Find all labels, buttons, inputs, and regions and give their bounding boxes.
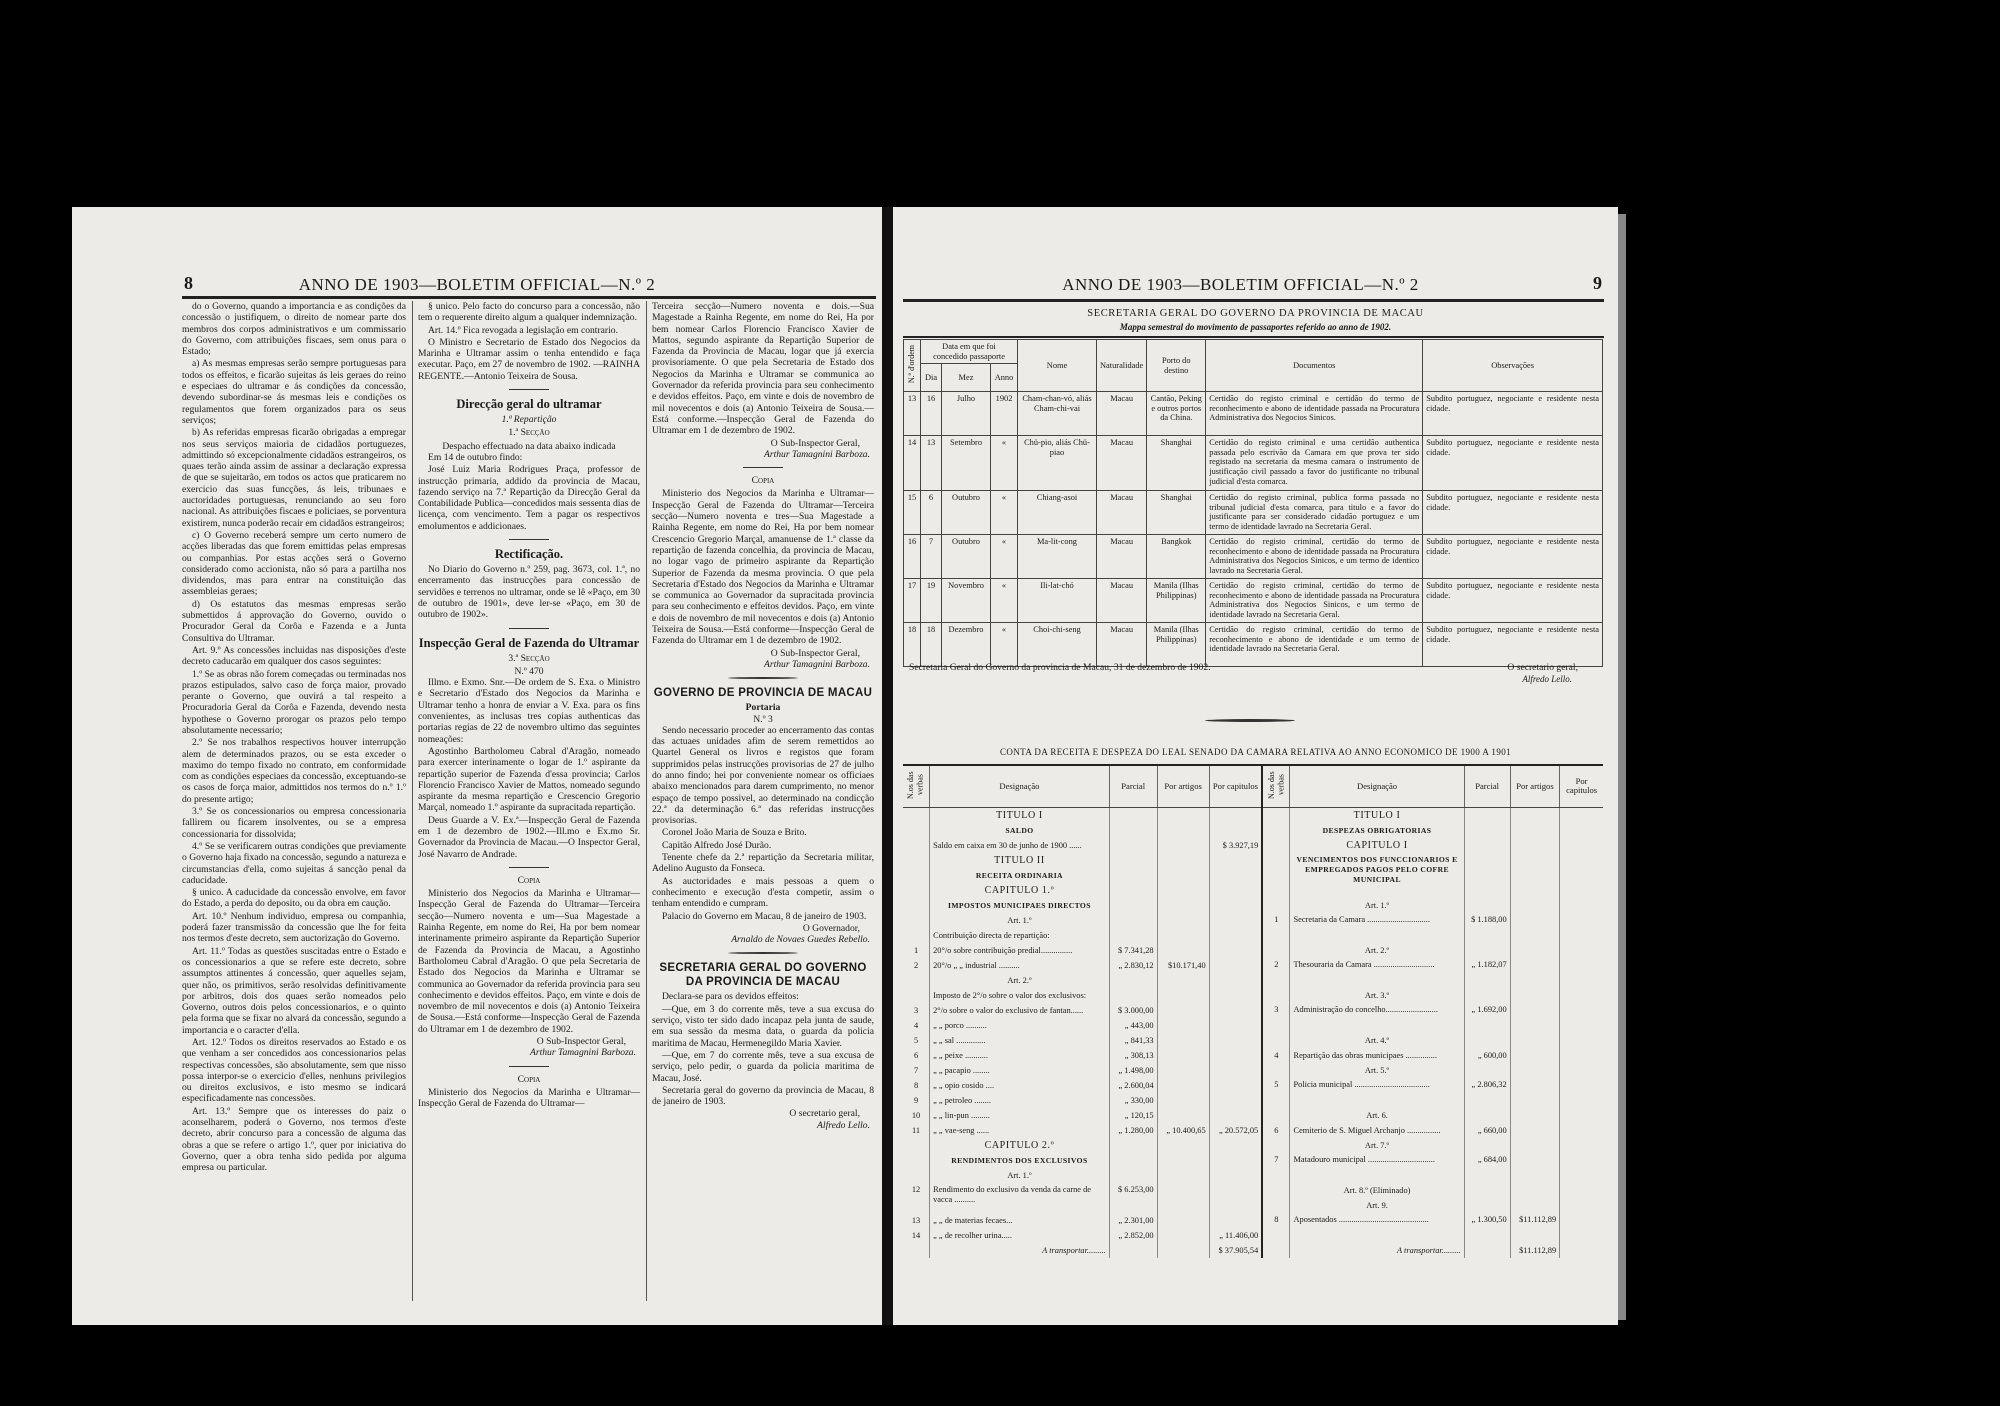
column-3: Terceira secção—Numero noventa e dois.—S…	[652, 301, 874, 1131]
item-designation: Thesouraria da Camara ..................…	[1293, 958, 1460, 988]
item-by-article	[1161, 1063, 1206, 1078]
transport-by-chapter	[1213, 1153, 1259, 1168]
item-designation: Cemiterio de S. Miguel Archanjo ........…	[1293, 1123, 1460, 1138]
item-number: 2	[906, 958, 926, 973]
cell-documents: Certidão do registo criminal, certidão d…	[1206, 623, 1423, 667]
cell-destination: Bangkok	[1147, 535, 1206, 579]
paragraph: 4.º Se se verificarem outras condições q…	[182, 841, 406, 886]
paragraph: Art. 9.º As concessões incluidas nas dis…	[182, 645, 406, 668]
paragraph: Terceira secção—Numero noventa e dois.—S…	[652, 301, 874, 437]
spacer	[906, 1243, 926, 1258]
header-date-group: Data em que foi concedido passaporte	[921, 340, 1018, 364]
cell-name: Cham-chan-vó, aliás Cham-chi-vai	[1018, 392, 1097, 436]
item-by-article: „ 10.400,65	[1161, 1123, 1206, 1138]
section-divider	[509, 628, 549, 629]
item-designation: Rendimento do exclusivo da venda da carn…	[933, 1183, 1106, 1213]
transport-by-article	[1514, 1063, 1557, 1078]
transport-by-chapter: $ 37.905,54	[1213, 1243, 1259, 1258]
transport-by-chapter	[1563, 943, 1600, 958]
transport-by-chapter	[1213, 913, 1259, 928]
item-number: 7	[906, 1063, 926, 1078]
signature-title: O Governador,	[652, 923, 874, 934]
item-number: 9	[906, 1093, 926, 1108]
item-designation: Matadouro municipal ....................…	[1293, 1153, 1460, 1183]
section-label: TITULO I	[933, 808, 1106, 823]
cell-month: Setembro	[942, 436, 991, 491]
section-label: Art. 4.º	[1293, 1033, 1460, 1048]
item-number: 8	[1266, 1213, 1286, 1243]
cell-notes: Subdito portuguez, negociante e resident…	[1423, 535, 1603, 579]
item-number: 2	[1266, 958, 1286, 988]
item-partial: „ 1.300,50	[1468, 1213, 1507, 1243]
cell-nationality: Macau	[1097, 491, 1147, 535]
spacer	[1113, 823, 1154, 838]
section-label: Art. 1.º	[1293, 898, 1460, 913]
item-designation: 2°/o sobre o valor do exclusivo de fanta…	[933, 1003, 1106, 1018]
cell-notes: Subdito portuguez, negociante e resident…	[1423, 579, 1603, 623]
item-partial	[1113, 838, 1154, 853]
transport-by-article	[1161, 1153, 1206, 1168]
item-by-chapter	[1213, 1018, 1259, 1033]
spacer	[1266, 943, 1286, 958]
cell-day: 16	[921, 392, 942, 436]
cell-destination: Cantão, Peking e outros portos da China.	[1147, 392, 1206, 436]
header-order: N.º d'ordem	[904, 340, 921, 392]
cell-order: 15	[904, 491, 921, 535]
spacer	[1266, 898, 1286, 913]
item-designation: „ „ sal ..............	[933, 1033, 1106, 1048]
cell-year: 1902	[991, 392, 1018, 436]
paragraph: José Luiz Maria Rodrigues Praça, profess…	[418, 464, 640, 532]
spacer	[906, 1153, 926, 1168]
header-partial: Parcial	[1464, 765, 1510, 807]
spacer	[1468, 1033, 1507, 1048]
subsection-label: Copia	[418, 875, 640, 886]
section-heading: GOVERNO DE PROVINCIA DE MACAU	[652, 686, 874, 700]
item-partial: „ 600,00	[1468, 1048, 1507, 1063]
section-label: Art. 6.	[1293, 1108, 1460, 1123]
item-designation: „ „ de recolher urina.....	[933, 1228, 1106, 1243]
passport-map-subtitle: Mappa semestral do movimento de passapor…	[893, 322, 1618, 332]
spacer	[906, 883, 926, 898]
item-designation: „ „ porco ..........	[933, 1018, 1106, 1033]
spacer	[1266, 838, 1286, 853]
transport-by-chapter	[1563, 988, 1600, 1003]
transport-by-article	[1514, 898, 1557, 913]
item-designation: 20°/o sobre contribuição predial........…	[933, 943, 1106, 958]
section-label: IMPOSTOS MUNICIPAES DIRECTOS	[933, 898, 1106, 913]
item-by-article: $11.112,89	[1514, 1213, 1557, 1243]
accounts-title: CONTA DA RECEITA E DESPEZA DO LEAL SENAD…	[893, 747, 1618, 757]
cell-documents: Certidão do registo criminal, certidão d…	[1206, 579, 1423, 623]
cell-name: Choi-chi-seng	[1018, 623, 1097, 667]
item-designation: „ „ peixe ...........	[933, 1048, 1106, 1063]
item-partial: „ 1.280,00	[1113, 1123, 1154, 1138]
item-by-chapter	[1213, 1033, 1259, 1048]
paragraph: 3.º Se os concessionarios ou empresa con…	[182, 806, 406, 840]
signature-name: Alfredo Lello.	[652, 1120, 874, 1131]
cell-nationality: Macau	[1097, 535, 1147, 579]
spacer	[1113, 868, 1154, 883]
spacer	[906, 823, 926, 838]
section-heading: Rectificação.	[418, 547, 640, 562]
cell-year: «	[991, 535, 1018, 579]
item-by-article	[1161, 1093, 1206, 1108]
centered-label: Portaria	[652, 702, 874, 713]
cell-month: Outubro	[942, 535, 991, 579]
header-notes: Observações	[1423, 340, 1603, 392]
spacer	[1113, 853, 1154, 868]
item-number: 3	[1266, 1003, 1286, 1033]
item-by-chapter: „ 20.572,05	[1213, 1123, 1259, 1138]
signature-name: Arnaldo de Novaes Guedes Rebello.	[652, 934, 874, 945]
section-divider	[743, 467, 783, 468]
item-by-chapter	[1213, 1063, 1259, 1078]
item-partial: „ 1.692,00	[1468, 1003, 1507, 1033]
transport-by-article: $11.112,89	[1514, 1243, 1557, 1258]
paragraph: § unico. A caducidade da concessão envol…	[182, 887, 406, 910]
item-by-chapter	[1563, 1003, 1600, 1033]
item-designation: Contribuição directa de repartição:	[933, 928, 1106, 943]
paragraph: Illmo. e Exmo. Snr.—De ordem de S. Exa. …	[418, 677, 640, 745]
transport-label: A transportar.........	[933, 1243, 1106, 1258]
cell-month: Novembro	[942, 579, 991, 623]
signature-title: O Sub-Inspector Geral,	[652, 438, 874, 449]
spacer	[906, 808, 926, 823]
section-divider	[509, 389, 549, 390]
spacer	[1468, 898, 1507, 913]
page-number-right: 9	[1593, 273, 1602, 294]
paragraph: Art. 13.º Sempre que os interesses do pa…	[182, 1106, 406, 1174]
transport-by-chapter	[1563, 1183, 1600, 1198]
transport-by-chapter	[1213, 1168, 1259, 1183]
transport-by-chapter	[1563, 838, 1600, 853]
section-label: Art. 5.º	[1293, 1063, 1460, 1078]
item-partial: „ 1.498,00	[1113, 1063, 1154, 1078]
item-number	[906, 928, 926, 943]
transport-by-chapter	[1213, 823, 1259, 838]
header-partial: Parcial	[1109, 765, 1157, 807]
item-by-chapter	[1213, 988, 1259, 1003]
item-by-article	[1161, 1018, 1206, 1033]
section-label: TITULO II	[933, 853, 1106, 868]
transport-by-chapter	[1563, 1063, 1600, 1078]
spacer	[1468, 1183, 1507, 1198]
spacer	[1468, 823, 1507, 838]
paragraph: d) Os estatutos das mesmas empresas serã…	[182, 599, 406, 644]
transport-by-chapter	[1213, 1138, 1259, 1153]
item-designation: Administração do concelho...............…	[1293, 1003, 1460, 1033]
item-by-article	[1161, 943, 1206, 958]
header-by-article: Por artigos	[1157, 765, 1209, 807]
item-by-chapter	[1563, 1153, 1600, 1183]
cell-month: Dezembro	[942, 623, 991, 667]
paragraph: Ministerio dos Negocios da Marinha e Ult…	[418, 888, 640, 1035]
section-heading: Inspecção Geral de Fazenda do Ultramar	[418, 636, 640, 651]
transport-by-chapter	[1213, 868, 1259, 883]
header-by-chapter: Por capitulos	[1209, 765, 1262, 807]
paragraph: —Que, em 7 do corrente mês, teve a sua e…	[652, 1050, 874, 1084]
item-designation: „ „ petroleo ........	[933, 1093, 1106, 1108]
item-designation: Repartição das obras municipaes ........…	[1293, 1048, 1460, 1063]
item-number: 7	[1266, 1153, 1286, 1183]
column-2: § unico. Pelo facto do concurso para a c…	[418, 301, 640, 1111]
cell-year: «	[991, 579, 1018, 623]
item-designation: „ „ pacapio ........	[933, 1063, 1106, 1078]
transport-by-article	[1161, 868, 1206, 883]
paragraph: Declara-se para os devidos effeitos:	[652, 991, 874, 1002]
spacer	[906, 868, 926, 883]
item-number: 6	[1266, 1123, 1286, 1138]
cell-day: 6	[921, 491, 942, 535]
section-label: Art. 9.	[1293, 1198, 1460, 1213]
item-partial: $ 7.341,28	[1113, 943, 1154, 958]
cell-day: 7	[921, 535, 942, 579]
cell-day: 13	[921, 436, 942, 491]
passport-row: 167Outubro«Ma-lit-congMacauBangkokCertid…	[904, 535, 1603, 579]
item-by-article	[1161, 1108, 1206, 1123]
cell-order: 18	[904, 623, 921, 667]
item-by-article	[1514, 1003, 1557, 1033]
spacer	[1468, 1243, 1507, 1258]
transport-by-article	[1514, 823, 1557, 838]
spacer	[1468, 988, 1507, 1003]
paragraph: Em 14 de outubro findo:	[418, 452, 640, 463]
transport-by-chapter	[1563, 808, 1600, 823]
cell-nationality: Macau	[1097, 579, 1147, 623]
paragraph: Sendo necessario proceder ao encerrament…	[652, 725, 874, 827]
transport-by-chapter	[1563, 1198, 1600, 1213]
cell-destination: Manila (Ilhas Philippinas)	[1147, 623, 1206, 667]
passport-row: 1316Julho1902Cham-chan-vó, aliás Cham-ch…	[904, 392, 1603, 436]
transport-by-chapter	[1563, 853, 1600, 898]
item-by-article	[1161, 1033, 1206, 1048]
header-name: Nome	[1018, 340, 1097, 392]
item-number: 14	[906, 1228, 926, 1243]
passport-map-title: SECRETARIA GERAL DO GOVERNO DA PROVINCIA…	[893, 308, 1618, 319]
item-partial: „ 2.852,00	[1113, 1228, 1154, 1243]
paragraph: b) As referidas empresas ficarão obrigad…	[182, 427, 406, 529]
item-number: 4	[1266, 1048, 1286, 1063]
spacer	[1266, 823, 1286, 838]
spacer	[1266, 1063, 1286, 1078]
cell-documents: Certidão do registo criminal, certidão d…	[1206, 535, 1423, 579]
paragraph: Art. 14.º Fica revogada a legislação em …	[418, 325, 640, 336]
section-label: SALDO	[933, 823, 1106, 838]
paragraph: § unico. Pelo facto do concurso para a c…	[418, 301, 640, 324]
header-rule	[903, 299, 1604, 302]
subsection-label: Copia	[418, 1074, 640, 1085]
signature-name: Arthur Tamagnini Barboza.	[652, 449, 874, 460]
item-by-article	[1514, 1048, 1557, 1063]
transport-by-article	[1161, 1168, 1206, 1183]
spacer	[906, 1138, 926, 1153]
signature-title: O Sub-Inspector Geral,	[418, 1036, 640, 1047]
cell-year: «	[991, 623, 1018, 667]
item-number: 1	[906, 943, 926, 958]
item-partial: „ 2.830,12	[1113, 958, 1154, 973]
transport-by-chapter	[1213, 898, 1259, 913]
passport-footer-sig-name: Alfredo Lello.	[1522, 674, 1572, 684]
centered-label: N.º 3	[652, 714, 874, 725]
paragraph: Ministerio dos Negocios da Marinha e Ult…	[652, 488, 874, 646]
spacer	[1266, 1198, 1286, 1213]
transport-by-article	[1514, 1138, 1557, 1153]
header-day: Dia	[921, 364, 942, 392]
spacer	[1468, 838, 1507, 853]
header-designation: Designação	[1290, 765, 1464, 807]
transport-by-chapter	[1213, 973, 1259, 988]
header-year: Anno	[991, 364, 1018, 392]
spacer	[1468, 1108, 1507, 1123]
spacer	[906, 853, 926, 868]
transport-by-article	[1514, 1108, 1557, 1123]
column-divider	[412, 301, 413, 1301]
item-designation: Secretaria da Camara ...................…	[1293, 913, 1460, 943]
item-partial: „ 443,00	[1113, 1018, 1154, 1033]
spacer	[1113, 898, 1154, 913]
transport-by-article	[1161, 1138, 1206, 1153]
section-label: CAPITULO I	[1293, 838, 1460, 853]
item-by-chapter	[1213, 1183, 1259, 1213]
section-divider	[509, 1066, 549, 1067]
cell-name: Ili-lat-chó	[1018, 579, 1097, 623]
item-by-article	[1514, 1078, 1557, 1108]
item-number: 5	[906, 1033, 926, 1048]
cell-year: «	[991, 491, 1018, 535]
item-number: 3	[906, 1003, 926, 1018]
spacer	[906, 1168, 926, 1183]
transport-by-article	[1514, 808, 1557, 823]
section-label: Art. 7.º	[1293, 1138, 1460, 1153]
paragraph: Ministerio dos Negocios da Marinha e Ult…	[418, 1087, 640, 1110]
item-by-article: $10.171,40	[1161, 958, 1206, 973]
section-label: CAPITULO 2.º	[933, 1138, 1106, 1153]
signature-title: O secretario geral,	[652, 1108, 874, 1119]
page-edge	[1618, 214, 1626, 1320]
subsection-label: 1.ª Repartição	[418, 414, 640, 425]
item-partial: „ 684,00	[1468, 1153, 1507, 1183]
item-by-chapter	[1213, 1213, 1259, 1228]
cell-destination: Shanghai	[1147, 491, 1206, 535]
transport-by-article	[1514, 1198, 1557, 1213]
paragraph: Capitão Alfredo José Durão.	[652, 840, 874, 851]
item-number: 6	[906, 1048, 926, 1063]
ornament-divider	[728, 952, 798, 954]
item-partial: „ 308,13	[1113, 1048, 1154, 1063]
transport-by-chapter	[1213, 808, 1259, 823]
transport-by-article	[1514, 853, 1557, 898]
item-partial: „ 2.806,32	[1468, 1078, 1507, 1108]
item-number	[906, 838, 926, 853]
section-label: Art. 8.º (Eliminado)	[1293, 1183, 1460, 1198]
item-by-chapter	[1213, 1003, 1259, 1018]
passport-footer-place-date: Secretaria Geral do Governo da provincia…	[909, 662, 1211, 673]
transport-by-chapter	[1563, 1033, 1600, 1048]
item-designation: „ „ lin-pun .........	[933, 1108, 1106, 1123]
ornament-divider	[728, 677, 798, 679]
header-nationality: Naturalidade	[1097, 340, 1147, 392]
cell-destination: Manila (Ilhas Philippinas)	[1147, 579, 1206, 623]
paragraph: No Diario do Governo n.º 259, pag. 3673,…	[418, 564, 640, 620]
cell-order: 14	[904, 436, 921, 491]
item-by-article	[1514, 958, 1557, 988]
item-partial: $ 1.188,00	[1468, 913, 1507, 943]
section-label: Art. 3.º	[1293, 988, 1460, 1003]
item-designation: 20°/o „ „ industrial ..........	[933, 958, 1106, 973]
item-designation: Imposto de 2°/o sobre o valor dos exclus…	[933, 988, 1106, 1003]
paragraph: Art. 12.º Todos os direitos reservados a…	[182, 1037, 406, 1105]
item-number: 13	[906, 1213, 926, 1228]
item-partial: „ 841,33	[1113, 1033, 1154, 1048]
item-partial: „ 660,00	[1468, 1123, 1507, 1138]
item-by-chapter	[1213, 943, 1259, 958]
spacer	[1266, 853, 1286, 898]
cell-documents: Certidão do registo criminal, publica fo…	[1206, 491, 1423, 535]
transport-by-article	[1161, 898, 1206, 913]
column-divider	[646, 301, 647, 1301]
item-partial	[1113, 928, 1154, 943]
spacer	[1113, 973, 1154, 988]
accounts-table: N.os das verbas Designação Parcial Por a…	[903, 764, 1603, 1258]
item-by-chapter	[1563, 1123, 1600, 1138]
item-by-chapter	[1563, 913, 1600, 943]
paragraph: Secretaria geral do governo da provincia…	[652, 1085, 874, 1108]
header-num: N.os das verbas	[903, 765, 930, 807]
spacer	[1266, 1183, 1286, 1198]
spacer	[1113, 1243, 1154, 1258]
passport-footer-sig-title: O secretario geral,	[1507, 662, 1578, 673]
subsection-label: 1.ª Secção	[418, 427, 640, 438]
passport-row: 1413Setembro«Chü-pio, aliás Chü-piaoMaca…	[904, 436, 1603, 491]
transport-by-article	[1514, 988, 1557, 1003]
paragraph: —Que, em 3 do corrente mês, teve a sua e…	[652, 1004, 874, 1049]
cell-documents: Certidão do registo criminal e certidão …	[1206, 392, 1423, 436]
item-by-chapter	[1563, 958, 1600, 988]
transport-by-article	[1161, 1243, 1206, 1258]
paragraph: Agostinho Bartholomeu Cabral d'Aragão, n…	[418, 746, 640, 814]
cell-notes: Subdito portuguez, negociante e resident…	[1423, 623, 1603, 667]
header-rule	[182, 296, 876, 299]
header-designation: Designação	[930, 765, 1110, 807]
spacer	[1266, 1243, 1286, 1258]
section-label: RECEITA ORDINARIA	[933, 868, 1106, 883]
item-number: 11	[906, 1123, 926, 1138]
item-by-article	[1161, 988, 1206, 1003]
cell-name: Chü-pio, aliás Chü-piao	[1018, 436, 1097, 491]
item-partial: $ 6.253,00	[1113, 1183, 1154, 1213]
item-number: 8	[906, 1078, 926, 1093]
spacer	[906, 898, 926, 913]
section-label: Art. 1.º	[933, 913, 1106, 928]
cell-year: «	[991, 436, 1018, 491]
paragraph: O Ministro e Secretario de Estado dos Ne…	[418, 337, 640, 382]
spacer	[1266, 988, 1286, 1003]
spacer	[1113, 808, 1154, 823]
header-by-chapter: Por capitulos	[1560, 765, 1603, 807]
spacer	[906, 973, 926, 988]
section-label: TITULO I	[1293, 808, 1460, 823]
passport-table: N.º d'ordem Data em que foi concedido pa…	[903, 339, 1603, 667]
transport-by-chapter	[1563, 823, 1600, 838]
transport-by-chapter	[1213, 853, 1259, 868]
cell-day: 19	[921, 579, 942, 623]
item-number: 10	[906, 1108, 926, 1123]
item-number	[906, 988, 926, 1003]
item-by-chapter	[1213, 928, 1259, 943]
spacer	[1113, 1168, 1154, 1183]
signature-title: O Sub-Inspector Geral,	[652, 648, 874, 659]
